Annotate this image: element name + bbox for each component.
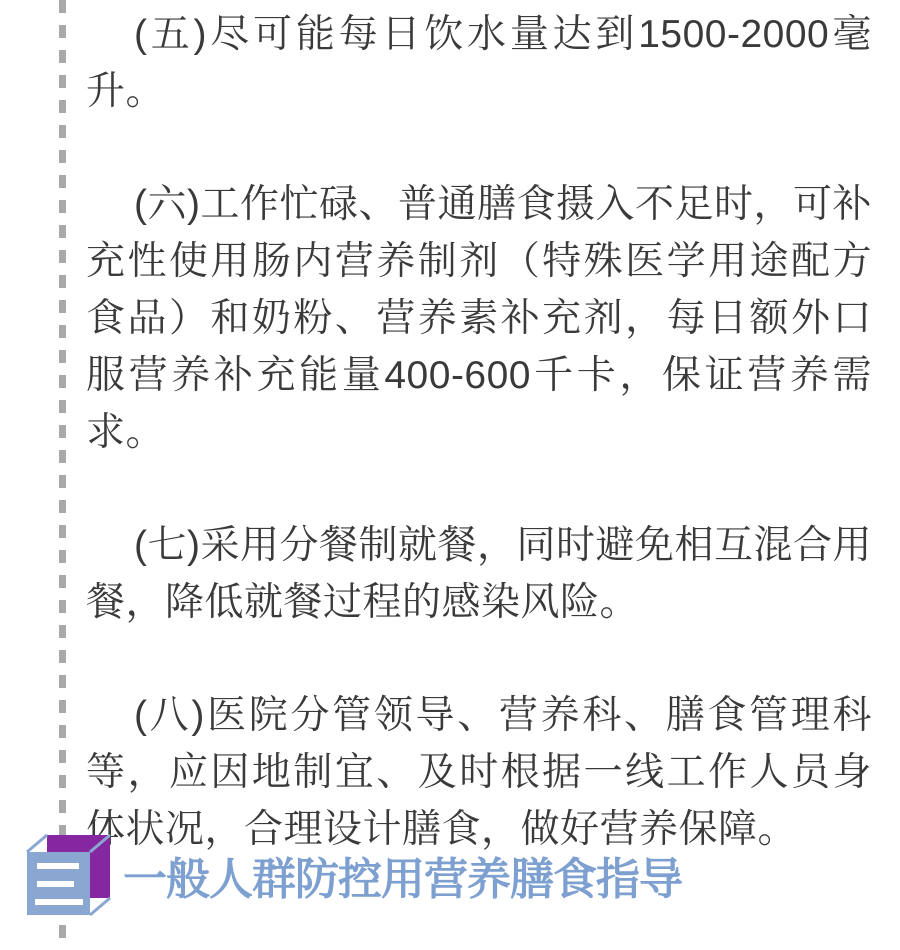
document-page: (五)尽可能每日饮水量达到1500-2000毫升。 (六)工作忙碌、普通膳食摄入… (0, 0, 900, 950)
left-dashed-border (59, 0, 66, 950)
section-heading-row: 一般人群防控用营养膳食指导 (19, 829, 682, 921)
paragraph-item-7: (七)采用分餐制就餐，同时避免相互混合用餐，降低就餐过程的感染风险。 (86, 517, 872, 631)
list-cube-icon (19, 829, 115, 921)
document-body: (五)尽可能每日饮水量达到1500-2000毫升。 (六)工作忙碌、普通膳食摄入… (86, 6, 872, 858)
paragraph-item-6: (六)工作忙碌、普通膳食摄入不足时，可补充性使用肠内营养制剂（特殊医学用途配方食… (86, 176, 872, 461)
section-title: 一般人群防控用营养膳食指导 (123, 843, 682, 907)
paragraph-item-5: (五)尽可能每日饮水量达到1500-2000毫升。 (86, 6, 872, 120)
